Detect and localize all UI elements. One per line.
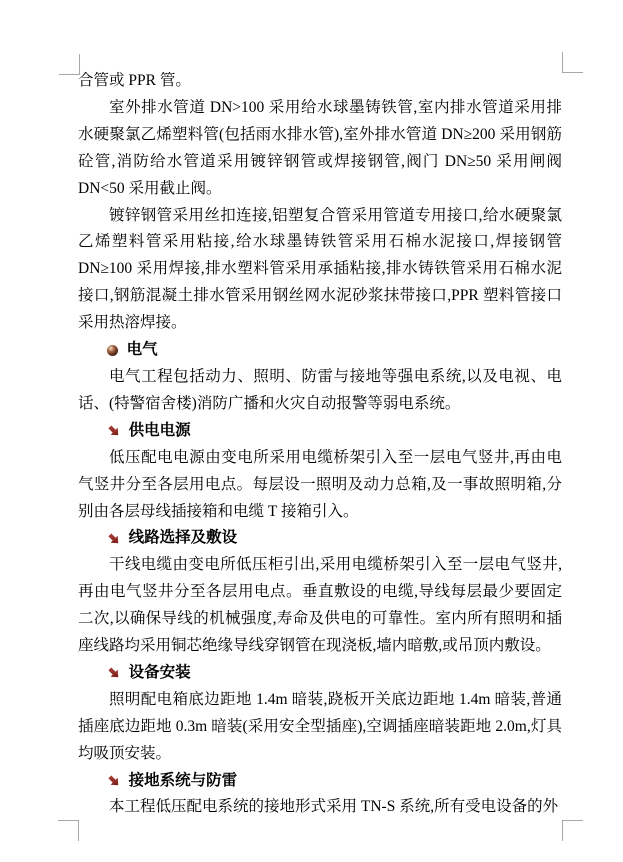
- crop-mark-bottom-right: [562, 820, 583, 841]
- paragraph: 本工程低压配电系统的接地形式采用 TN-S 系统,所有受电设备的外: [78, 794, 562, 821]
- subsection-heading-label: 线路选择及敷设: [129, 525, 238, 552]
- sphere-bullet-icon: [107, 345, 118, 356]
- crop-mark-top-right: [562, 52, 583, 73]
- page-content: 合管或 PPR 管。 室外排水管道 DN>100 采用给水球墨铸铁管,室内排水管…: [78, 68, 562, 821]
- paragraph: 干线电缆由变电所低压柜引出,采用电缆桥架引入至一层电气竖井,再由电气竖井分至各层…: [78, 552, 562, 660]
- subsection-heading-label: 接地系统与防雷: [129, 768, 238, 795]
- arrow-bullet-icon: [105, 773, 122, 790]
- crop-mark-bottom-left: [58, 820, 79, 841]
- subsection-heading-power-supply: 供电电源: [78, 418, 562, 445]
- arrow-bullet-icon: [105, 423, 122, 440]
- subsection-heading-equipment-install: 设备安装: [78, 660, 562, 687]
- subsection-heading-label: 设备安装: [129, 660, 191, 687]
- subsection-heading-label: 供电电源: [129, 418, 191, 445]
- arrow-bullet-icon: [105, 530, 122, 547]
- subsection-heading-wiring: 线路选择及敷设: [78, 525, 562, 552]
- arrow-bullet-icon: [105, 665, 122, 682]
- section-heading-electrical: 电气: [78, 337, 562, 364]
- crop-mark-top-left: [59, 54, 80, 75]
- paragraph: 镀锌钢管采用丝扣连接,铝塑复合管采用管道专用接口,给水硬聚氯乙烯塑料管采用粘接,…: [78, 203, 562, 338]
- paragraph: 照明配电箱底边距地 1.4m 暗装,跷板开关底边距地 1.4m 暗装,普通插座底…: [78, 687, 562, 768]
- subsection-heading-grounding-lightning: 接地系统与防雷: [78, 768, 562, 795]
- paragraph: 电气工程包括动力、照明、防雷与接地等强电系统,以及电视、电话、(特警宿舍楼)消防…: [78, 364, 562, 418]
- section-heading-label: 电气: [127, 337, 158, 364]
- paragraph: 合管或 PPR 管。: [78, 68, 562, 95]
- paragraph: 室外排水管道 DN>100 采用给水球墨铸铁管,室内排水管道采用排水硬聚氯乙烯塑…: [78, 95, 562, 203]
- paragraph: 低压配电电源由变电所采用电缆桥架引入至一层电气竖井,再由电气竖井分至各层用电点。…: [78, 445, 562, 526]
